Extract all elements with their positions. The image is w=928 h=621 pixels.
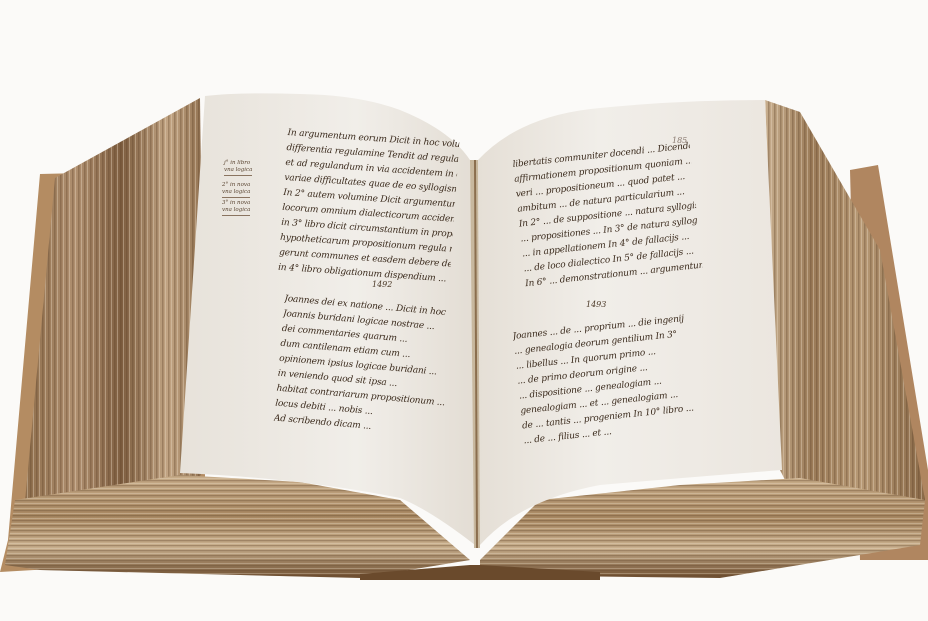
left-page-text-bottom: Joannes dei ex natione ... Dicit in hoc …	[273, 292, 459, 442]
open-manuscript-book	[0, 0, 928, 621]
left-year-heading: 1492	[372, 280, 392, 289]
margin-note-2: 2° in novavna logica	[222, 182, 250, 198]
margin-note-3: 3° in novavna logica	[222, 200, 250, 216]
right-page-text-bottom: Joannes ... de ... proprium ... die inge…	[512, 311, 704, 449]
right-year-heading: 1493	[586, 300, 606, 309]
photo-scene: j° in librovna logica 2° in novavna logi…	[0, 0, 928, 621]
right-page-text-top: libertatis communiter docendi ... Dicend…	[512, 139, 703, 292]
margin-note-1: j° in librovna logica	[224, 160, 252, 176]
left-page-text-top: In argumentum eorum Dicit in hoc volumin…	[278, 126, 460, 288]
